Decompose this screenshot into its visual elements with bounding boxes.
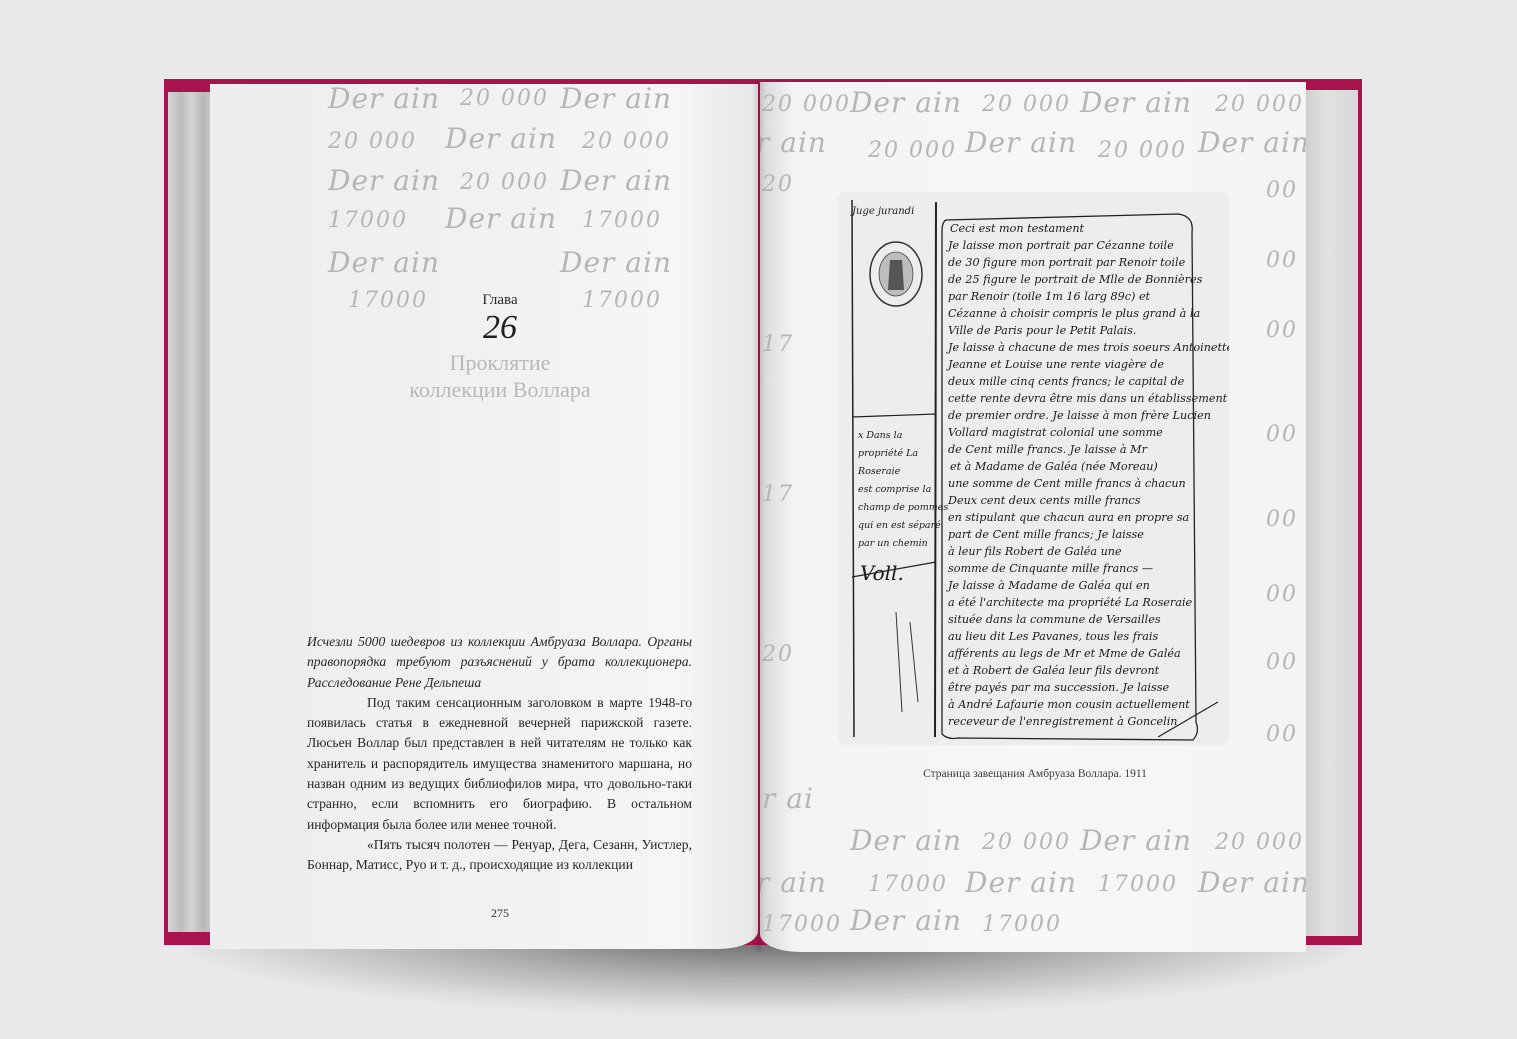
watermark-word: Der ain xyxy=(328,246,440,279)
watermark-word: Der ain xyxy=(328,84,440,115)
svg-text:Vollard magistrat colonial une: Vollard magistrat colonial une somme xyxy=(948,426,1163,439)
watermark-fragment: 00 xyxy=(1266,582,1298,607)
page-block-left xyxy=(168,92,212,932)
watermark-fragment: 00 xyxy=(1266,507,1298,532)
svg-text:x Dans la: x Dans la xyxy=(858,430,903,441)
watermark-word: Der ain xyxy=(850,86,962,119)
watermark-number: 20 000 xyxy=(460,170,549,195)
chapter-title-line2: коллекции Воллара xyxy=(380,376,620,403)
svg-text:par Renoir (toile 1m 16 larg 8: par Renoir (toile 1m 16 larg 89c) et xyxy=(948,290,1151,303)
svg-text:Deux cent deux cents mille fra: Deux cent deux cents mille francs xyxy=(947,494,1141,507)
svg-text:Roseraie: Roseraie xyxy=(857,466,901,477)
watermark-number: 17000 xyxy=(868,872,948,897)
paragraph: Под таким сенсационным заголовком в март… xyxy=(307,693,692,835)
page-block-right xyxy=(1306,90,1358,936)
svg-text:en stipulant que chacun aura e: en stipulant que chacun aura en propre s… xyxy=(948,511,1189,524)
document-signature: Voll. xyxy=(860,561,904,585)
watermark-number: 17000 xyxy=(762,912,842,937)
watermark-word: r ain xyxy=(760,866,827,899)
watermark-word: Der ain xyxy=(850,824,962,857)
svg-text:située dans la commune de Vers: située dans la commune de Versailles xyxy=(948,613,1161,626)
svg-text:Je laisse à Madame de Galéa qu: Je laisse à Madame de Galéa qui en xyxy=(946,579,1150,592)
watermark-word: Der ain xyxy=(965,126,1077,159)
svg-text:receveur de l'enregistrement à: receveur de l'enregistrement à Goncelin xyxy=(948,715,1177,728)
watermark-word: Der ain xyxy=(1080,86,1192,119)
watermark-word: Der ain xyxy=(445,202,557,235)
handwritten-document-image: Juge jurandi Ceci est mon testament Je l… xyxy=(838,192,1229,745)
svg-text:Jeanne et Louise une rente via: Jeanne et Louise une rente viagère de xyxy=(946,358,1164,371)
svg-text:à André Lafaurie mon cousin ac: à André Lafaurie mon cousin actuellement xyxy=(948,698,1190,711)
svg-text:de premier ordre. Je laisse à: de premier ordre. Je laisse à mon frère … xyxy=(948,409,1211,422)
svg-text:de 30 figure mon portrait par: de 30 figure mon portrait par Renoir toi… xyxy=(948,256,1186,269)
watermark-word: Der ain xyxy=(1198,126,1306,159)
svg-text:deux mille cinq cents francs;: deux mille cinq cents francs; le capital… xyxy=(948,375,1185,388)
svg-text:Je laisse mon portrait par Céz: Je laisse mon portrait par Cézanne toile xyxy=(946,239,1174,252)
watermark-number: 20 000 xyxy=(982,92,1071,117)
watermark-number: 17000 xyxy=(1098,872,1178,897)
watermark-word: Der ain xyxy=(560,246,672,279)
watermark-fragment: 00 xyxy=(1266,422,1298,447)
watermark-number: 20 000 xyxy=(460,86,549,111)
watermark-fragment: 00 xyxy=(1266,178,1298,203)
watermark-number: 20 000 xyxy=(868,138,957,163)
svg-text:cette rente devra être mis dan: cette rente devra être mis dans un établ… xyxy=(948,392,1228,405)
book-gutter xyxy=(752,82,766,952)
photo-caption: Страница завещания Амбруаза Воллара. 191… xyxy=(820,768,1250,780)
watermark-number: 20 000 xyxy=(1098,138,1187,163)
body-text: Исчезли 5000 шедевров из коллекции Амбру… xyxy=(307,632,692,876)
svg-text:par un chemin: par un chemin xyxy=(858,538,928,549)
watermark-fragment: 00 xyxy=(1266,650,1298,675)
svg-text:Ceci est mon testament: Ceci est mon testament xyxy=(950,222,1085,235)
testament-photo: Juge jurandi Ceci est mon testament Je l… xyxy=(838,192,1229,745)
svg-text:une somme de Cent mille francs: une somme de Cent mille francs à chacun xyxy=(948,477,1186,490)
watermark-fragment: 00 xyxy=(1266,318,1298,343)
svg-text:est comprise la: est comprise la xyxy=(858,484,932,495)
watermark-number: 20 000 xyxy=(582,129,671,154)
chapter-title-line1: Проклятие xyxy=(380,349,620,376)
watermark-number: 20 000 xyxy=(982,830,1071,855)
svg-text:propriété La: propriété La xyxy=(858,448,918,459)
svg-text:de 25 figure le portrait de Ml: de 25 figure le portrait de Mlle de Bonn… xyxy=(948,273,1203,286)
left-page: Der ain 20 000 Der ain 20 000 Der ain 20… xyxy=(210,84,758,949)
watermark-word: Der ain xyxy=(1080,824,1192,857)
svg-text:au lieu dit Les Pavanes, tous: au lieu dit Les Pavanes, tous les frais xyxy=(948,630,1158,643)
watermark-word: Der ain xyxy=(560,164,672,197)
paragraph: «Пять тысяч полотен — Ренуар, Дега, Сеза… xyxy=(307,835,692,876)
watermark-fragment: 00 xyxy=(1266,722,1298,747)
watermark-number: 20 000 xyxy=(1215,830,1304,855)
watermark-number: 17000 xyxy=(582,208,662,233)
watermark-number: 17000 xyxy=(982,912,1062,937)
watermark-word: Der ain xyxy=(1198,866,1306,899)
page-number: 275 xyxy=(480,906,520,921)
chapter-label: Глава xyxy=(380,292,620,309)
lead-paragraph: Исчезли 5000 шедевров из коллекции Амбру… xyxy=(307,632,692,693)
svg-text:somme de Cinquante mille franc: somme de Cinquante mille francs — xyxy=(948,562,1153,575)
svg-text:champ de pommes: champ de pommes xyxy=(858,502,948,513)
svg-text:Cézanne à choisir compris le p: Cézanne à choisir compris le plus grand … xyxy=(948,307,1200,320)
watermark-word: Der ain xyxy=(850,904,962,937)
svg-text:Je laisse à chacune de mes tro: Je laisse à chacune de mes trois soeurs … xyxy=(946,341,1229,354)
svg-text:de Cent mille francs. Je laiss: de Cent mille francs. Je laisse à Mr xyxy=(948,443,1148,456)
svg-text:et à Robert de Galéa leur fils: et à Robert de Galéa leur fils devront xyxy=(948,664,1160,677)
watermark-number: 20 000 xyxy=(1215,92,1304,117)
svg-text:à leur fils Robert de Galéa un: à leur fils Robert de Galéa une xyxy=(948,545,1122,558)
watermark-word: r ain xyxy=(760,126,827,159)
svg-text:Ville de Paris pour le Petit P: Ville de Paris pour le Petit Palais. xyxy=(948,324,1136,337)
watermark-number: 17000 xyxy=(328,208,408,233)
watermark-word: Der ain xyxy=(965,866,1077,899)
watermark-word: Der ain xyxy=(445,122,557,155)
chapter-heading: Глава 26 Проклятие коллекции Воллара xyxy=(380,292,620,403)
right-page: 20 000 Der ain 20 000 Der ain 20 000 r a… xyxy=(760,82,1306,952)
watermark-number: 20 000 xyxy=(328,129,417,154)
svg-text:part de Cent mille francs; Je: part de Cent mille francs; Je laisse xyxy=(948,528,1144,541)
watermark-number: 20 000 xyxy=(762,92,851,117)
svg-text:a été l'architecte ma propriét: a été l'architecte ma propriété La Roser… xyxy=(948,596,1193,609)
chapter-number: 26 xyxy=(380,309,620,347)
svg-text:afférents au legs de Mr et Mme: afférents au legs de Mr et Mme de Galéa xyxy=(948,647,1181,660)
svg-text:qui en est séparé: qui en est séparé xyxy=(858,520,941,531)
watermark-word: Der ain xyxy=(560,84,672,115)
svg-text:être payés par ma succession.: être payés par ma succession. Je laisse xyxy=(948,681,1169,694)
svg-text:et à Madame de Galéa (née More: et à Madame de Galéa (née Moreau) xyxy=(950,460,1158,473)
watermark-word: Der ain xyxy=(328,164,440,197)
document-corner-note: Juge jurandi xyxy=(850,206,914,217)
watermark-fragment: 00 xyxy=(1266,248,1298,273)
